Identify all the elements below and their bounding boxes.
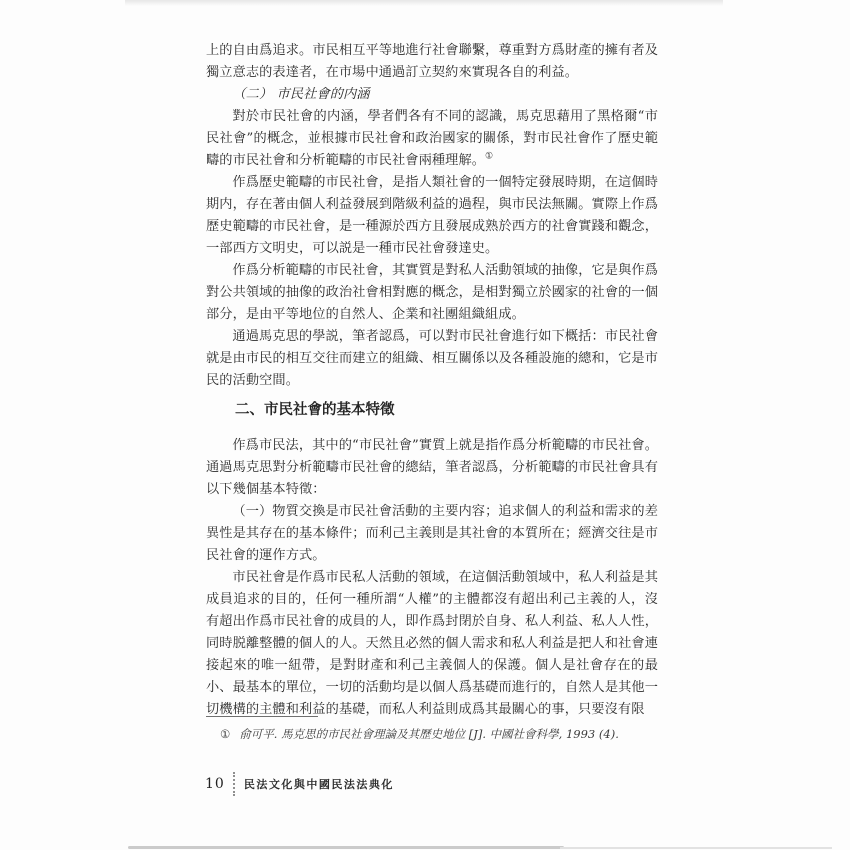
paragraph-historical-category: 作爲歷史範疇的市民社會，是指人類社會的一個特定發展時期，在這個時期内，存在著由個…	[206, 172, 658, 260]
footnote-text: 俞可平. 馬克思的市民社會理論及其歷史地位 [J]. 中國社會科學, 1993 …	[239, 727, 619, 741]
footnote-reference-1: ①	[485, 152, 493, 162]
subheading-civil-society-connotation: （二） 市民社會的内涵	[206, 84, 658, 106]
page-text-block: 上的自由爲追求。市民相互平等地進行社會聯繫，尊重對方爲財產的擁有者及獨立意志的表…	[206, 40, 658, 721]
paragraph-feature-one: （一）物質交換是市民社會活動的主要内容；追求個人的利益和需求的差異性是其存在的基…	[206, 501, 658, 567]
footnote-area: ①俞可平. 馬克思的市民社會理論及其歷史地位 [J]. 中國社會科學, 1993…	[206, 716, 658, 742]
book-page-scan: 上的自由爲追求。市民相互平等地進行社會聯繫，尊重對方爲財產的擁有者及獨立意志的表…	[0, 0, 850, 850]
paragraph-continuation: 上的自由爲追求。市民相互平等地進行社會聯繫，尊重對方爲財產的擁有者及獨立意志的表…	[206, 40, 658, 84]
footer-dotted-divider	[233, 772, 235, 796]
paragraph-analytical-category: 作爲分析範疇的市民社會，其實質是對私人活動領域的抽像，它是與作爲對公共領域的抽像…	[206, 260, 658, 326]
page-footer: 10 民法文化與中國民法法典化	[205, 772, 394, 796]
footnote-divider	[206, 716, 318, 717]
paragraph-marx-summary: 通過馬克思的學説，筆者認爲，可以對市民社會進行如下概括：市民社會就是由市民的相互…	[206, 326, 658, 392]
paragraph-private-activity-domain: 市民社會是作爲市民私人活動的領域，在這個活動領域中，私人利益是其成員追求的目的，…	[206, 567, 658, 721]
page-bottom-edge-shadow	[128, 846, 564, 849]
page-top-edge-shadow	[125, 0, 723, 6]
footnote-citation: ①俞可平. 馬克思的市民社會理論及其歷史地位 [J]. 中國社會科學, 1993…	[206, 727, 658, 742]
footnote-marker: ①	[220, 727, 230, 741]
section-heading-basic-features: 二、市民社會的基本特徵	[206, 399, 658, 421]
book-title: 民法文化與中國民法法典化	[244, 776, 394, 792]
page-number: 10	[205, 776, 225, 792]
page-bottom-edge-shadow-light	[560, 847, 832, 849]
paragraph-features-intro: 作爲市民法，其中的“市民社會”實質上就是指作爲分析範疇的市民社會。通過馬克思對分…	[206, 435, 658, 501]
paragraph-concept-of-civil-society: 對於市民社會的内涵，學者們各有不同的認識，馬克思藉用了黑格爾“市民社會”的概念，…	[206, 106, 658, 172]
paragraph-concept-text: 對於市民社會的内涵，學者們各有不同的認識，馬克思藉用了黑格爾“市民社會”的概念，…	[206, 109, 658, 168]
